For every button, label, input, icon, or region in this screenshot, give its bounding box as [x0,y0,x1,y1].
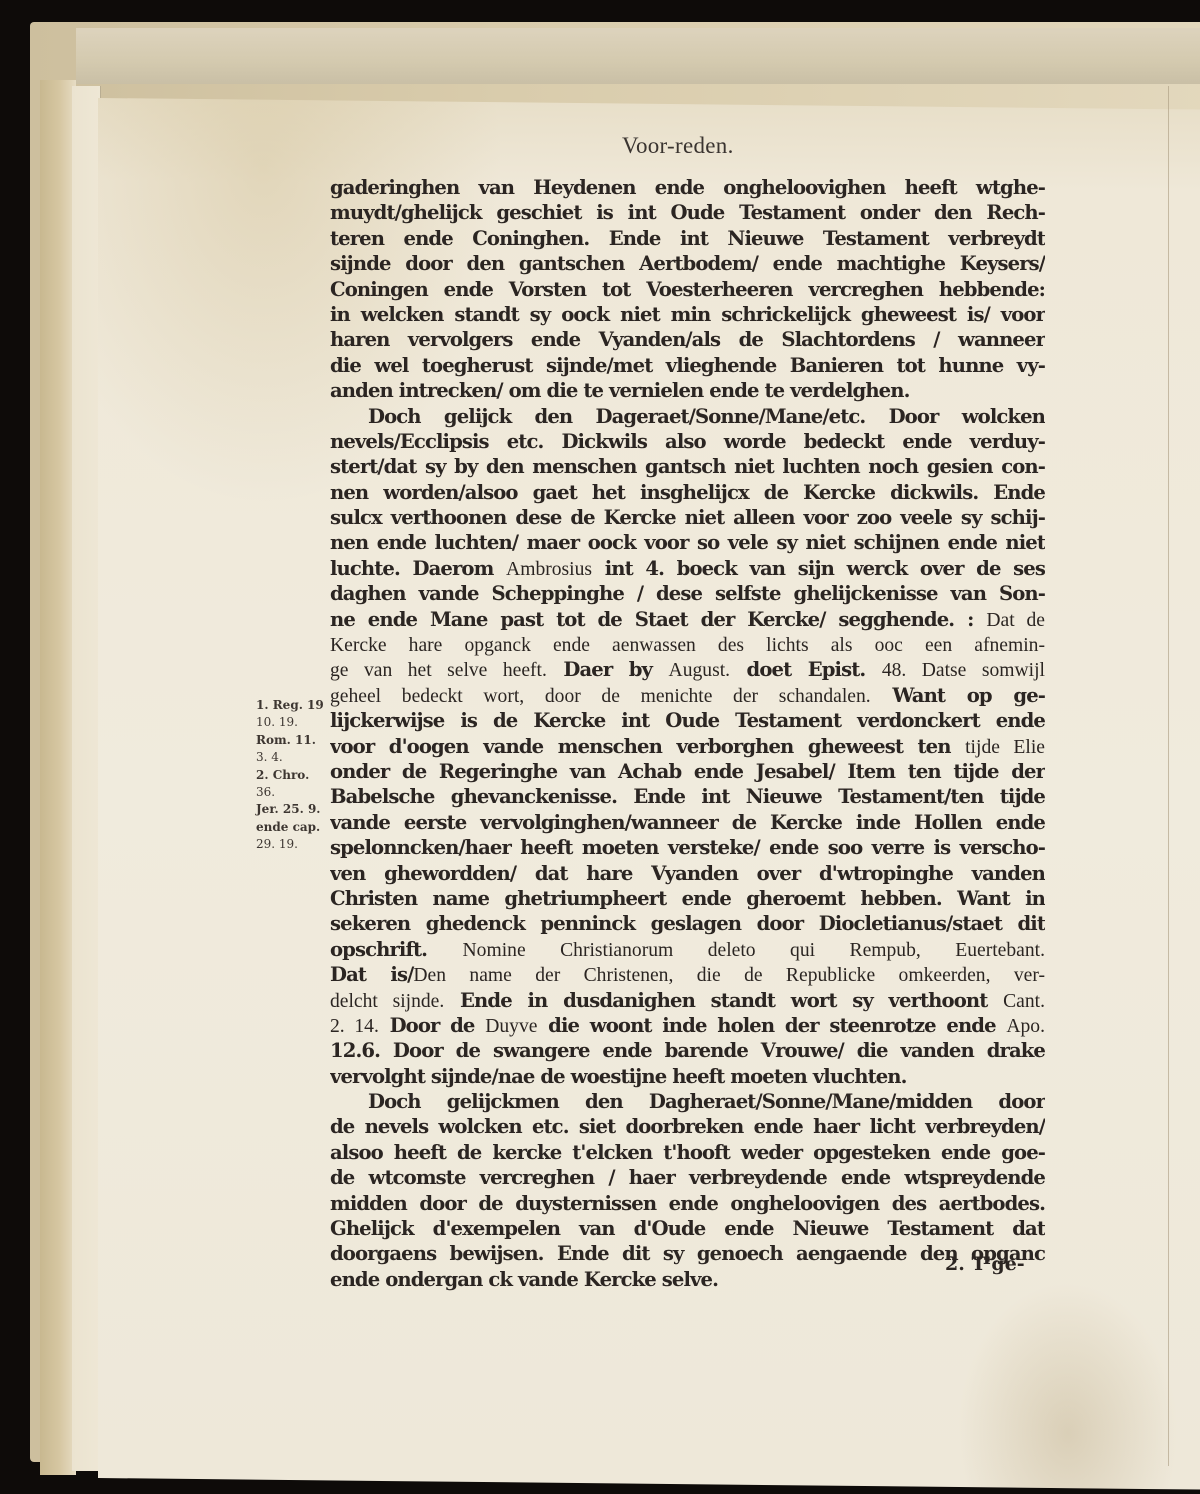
text-line: vande eerste vervolginghen/wanneer de Ke… [330,810,1045,835]
text-line: gaderinghen van Heydenen ende ongheloovi… [330,175,1045,200]
text-line: nevels/Ecclipsis etc. Dickwils also word… [330,429,1045,454]
text-line: in welcken standt sy oock niet min schri… [330,302,1045,327]
running-head: Voor-reden. [622,133,734,159]
text-line: ne ende Mane past tot de Staet der Kerck… [330,607,1045,632]
text-line: daghen vande Scheppinghe / dese selfste … [330,581,1045,606]
margin-note: Jer. 25. 9. [256,801,326,818]
text-line: onder de Regeringhe van Achab ende Jesab… [330,759,1045,784]
margin-notes: 1. Reg. 1910. 19.Rom. 11.3. 4.2. Chro.36… [256,697,326,854]
text-line: Coningen ende Vorsten tot Voesterheeren … [330,277,1045,302]
text-line: ende ondergan ck vande Kercke selve. [330,1267,1045,1292]
text-line: lijckerwijse is de Kercke int Oude Testa… [330,708,1045,733]
margin-note: ende cap. [256,819,326,836]
text-line: muydt/ghelijck geschiet is int Oude Test… [330,200,1045,225]
text-line: voor d'oogen vande menschen verborghen g… [330,734,1045,759]
text-line: doorgaens bewijsen. Ende dit sy genoech … [330,1241,1045,1266]
text-line: die wel toegherust sijnde/met vlieghende… [330,353,1045,378]
text-line: ge van het selve heeft. Daer by August. … [330,657,1045,682]
margin-note: 36. [256,784,326,801]
margin-note: 29. 19. [256,836,326,853]
text-line: alsoo heeft de kercke t'elcken t'hooft w… [330,1140,1045,1165]
margin-note: Rom. 11. [256,732,326,749]
text-line: vervolght sijnde/nae de woestijne heeft … [330,1064,1045,1089]
body-text: gaderinghen van Heydenen ende ongheloovi… [330,175,1045,1292]
text-line: delcht sijnde. Ende in dusdanighen stand… [330,988,1045,1013]
margin-note: 2. Chro. [256,767,326,784]
margin-note: 10. 19. [256,714,326,731]
text-line: Babelsche ghevanckenisse. Ende int Nieuw… [330,784,1045,809]
text-line: spelonncken/haer heeft moeten versteke/ … [330,835,1045,860]
text-line: sekeren ghedenck penninck geslagen door … [330,911,1045,936]
text-line: sijnde door den gantschen Aertbodem/ end… [330,251,1045,276]
margin-note: 3. 4. [256,749,326,766]
page-fold-line [1168,86,1169,1466]
binding-spine-edge [40,80,76,1475]
text-line: 2. 14. Door de Duyve die woont inde hole… [330,1013,1045,1038]
text-line: midden door de duysternissen ende onghel… [330,1191,1045,1216]
text-line: Doch gelijck den Dageraet/Sonne/Mane/etc… [330,404,1045,429]
text-line: nen worden/alsoo gaet het insghelijcx de… [330,480,1045,505]
text-line: Kercke hare opganck ende aenwassen des l… [330,632,1045,657]
text-line: de nevels wolcken etc. siet doorbreken e… [330,1114,1045,1139]
text-line: stert/dat sy by den menschen gantsch nie… [330,454,1045,479]
text-line: opschrift. Nomine Christianorum deleto q… [330,937,1045,962]
text-line: sulcx verthoonen dese de Kercke niet all… [330,505,1045,530]
text-line: ven ghewordden/ dat hare Vyanden over d'… [330,861,1045,886]
page-stack-edge [72,86,101,1471]
margin-note: 1. Reg. 19 [256,697,326,714]
text-line: nen ende luchten/ maer oock voor so vele… [330,530,1045,555]
text-line: Dat is/Den name der Christenen, die de R… [330,962,1045,987]
text-line: Christen name ghetriumpheert ende gheroe… [330,886,1045,911]
text-line: teren ende Coninghen. Ende int Nieuwe Te… [330,226,1045,251]
text-line: Ghelijck d'exempelen van d'Oude ende Nie… [330,1216,1045,1241]
text-line: luchte. Daerom Ambrosius int 4. boeck va… [330,556,1045,581]
vellum-cover-top-edge [76,28,1200,84]
text-line: haren vervolgers ende Vyanden/als de Sla… [330,327,1045,352]
text-line: de wtcomste vercreghen / haer verbreyden… [330,1165,1045,1190]
catchword: 2. T'ge- [945,1253,1025,1275]
text-line: anden intrecken/ om die te vernielen end… [330,378,1045,403]
text-line: 12.6. Door de swangere ende barende Vrou… [330,1038,1045,1063]
text-line: Doch gelijckmen den Dagheraet/Sonne/Mane… [330,1089,1045,1114]
text-line: geheel bedeckt wort, door de menichte de… [330,683,1045,708]
